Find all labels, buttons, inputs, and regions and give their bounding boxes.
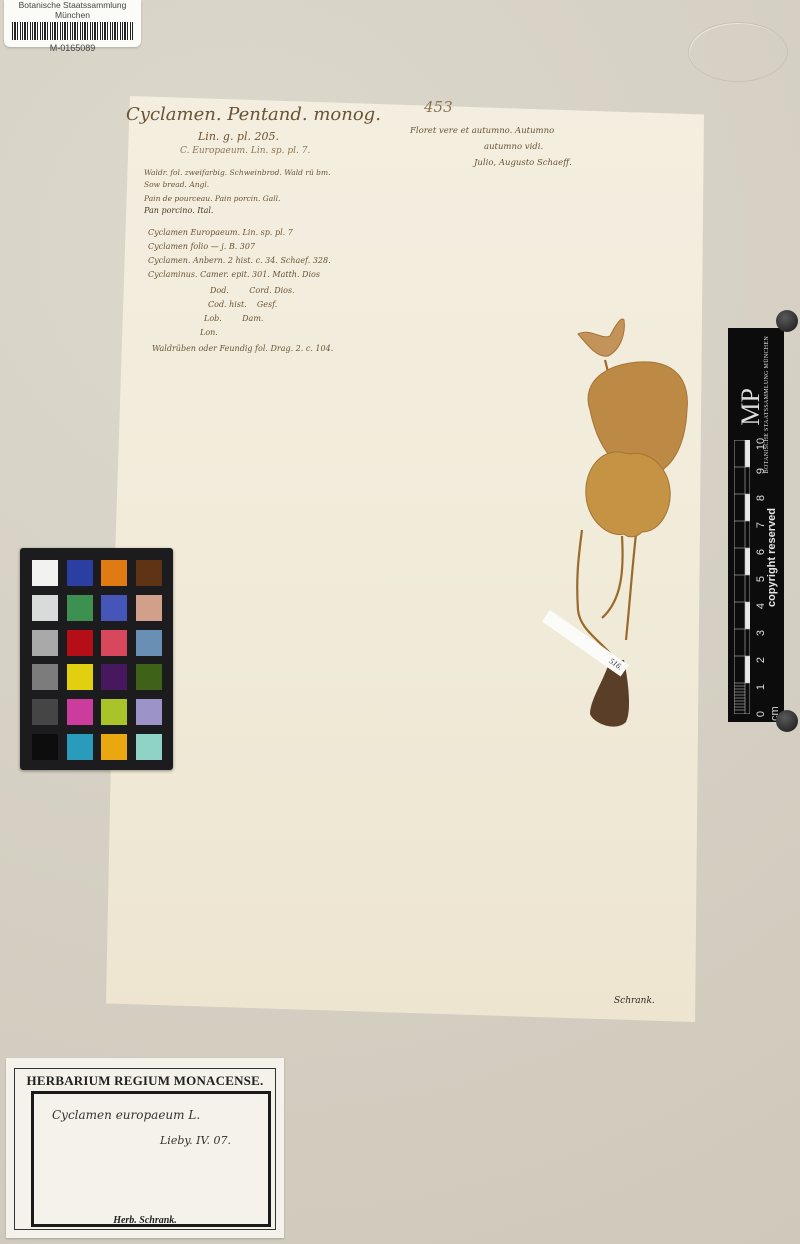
sheet-number: 453 [424, 98, 453, 116]
color-swatch [67, 664, 93, 690]
label-title: HERBARIUM REGIUM MONACENSE. [15, 1073, 275, 1089]
ruler-icon [734, 440, 750, 714]
annotation-line: Lob. Dam. [204, 314, 263, 323]
herbarium-label: HERBARIUM REGIUM MONACENSE. Cyclamen eur… [6, 1058, 284, 1238]
scale-tick-label: 1 [755, 680, 767, 694]
color-swatch [67, 630, 93, 656]
collector-signature: Schrank. [614, 996, 655, 1006]
color-calibration-chart [20, 548, 173, 770]
annotation-line: Cyclaminus. Camer. epit. 301. Matth. Dio… [148, 270, 320, 279]
color-swatch [32, 699, 58, 725]
color-swatch [136, 664, 162, 690]
annotation-line: Cod. hist. Gesf. [208, 300, 277, 309]
scale-bar: BOTANISCHE STAATSSAMMLUNG MÜNCHEN MP [728, 328, 784, 722]
copyright-notice: copyright reserved [766, 508, 778, 607]
annotation-line: Lin. g. pl. 205. [198, 130, 279, 143]
annotation-right: Floret vere et autumno. Autumno [410, 126, 554, 136]
mounting-board: Botanische Staatssammlung München M-0165… [0, 0, 800, 1244]
label-species: Cyclamen europaeum L. [52, 1108, 200, 1122]
scale-tick-label: 10 [755, 437, 767, 451]
annotation-right: autumno vidi. [484, 142, 543, 152]
scale-tick-label: 3 [755, 626, 767, 640]
color-swatch [136, 595, 162, 621]
color-swatch [136, 630, 162, 656]
color-swatch [136, 560, 162, 586]
scale-tick-label: 0 [755, 707, 767, 721]
annotation-right: Julio, Augusto Schaeff. [474, 158, 572, 168]
label-inner-frame: Cyclamen europaeum L. Lieby. IV. 07. [31, 1091, 271, 1227]
annotation-line: Lon. [200, 328, 218, 337]
annotation-line: Cyclamen. Anbern. 2 hist. c. 34. Schaef.… [148, 256, 331, 265]
annotation-line: Dod. Cord. Dios. [210, 286, 295, 295]
color-swatch [136, 734, 162, 760]
pin-icon [776, 310, 798, 332]
annotation-genus: Cyclamen. Pentand. monog. [126, 104, 381, 125]
color-swatch [67, 595, 93, 621]
annotation-line: Cyclamen folio — j. B. 307 [148, 242, 255, 251]
color-swatch [101, 664, 127, 690]
annotation-line: Sow bread. Angl. [144, 180, 209, 189]
scale-tick-label: 9 [755, 464, 767, 478]
color-swatch [32, 664, 58, 690]
barcode-institution: Botanische Staatssammlung München [4, 0, 141, 20]
color-swatch [32, 734, 58, 760]
scale-tick-label: 2 [755, 653, 767, 667]
color-swatch [136, 699, 162, 725]
annotation-line: Waldr. fol. zweifarbig. Schweinbrod. Wal… [144, 168, 330, 177]
color-swatch [101, 699, 127, 725]
label-determiner: Lieby. IV. 07. [160, 1134, 231, 1147]
annotation-line: Waldrüben oder Feundig fol. Drag. 2. c. … [152, 344, 333, 353]
institution-logo-icon: MP [736, 388, 766, 426]
scale-institution-line: MÜNCHEN [764, 336, 770, 368]
label-footer: Herb. Schrank. [15, 1215, 275, 1226]
embossed-stamp [688, 22, 788, 82]
barcode-icon [12, 22, 133, 40]
barcode-label: Botanische Staatssammlung München M-0165… [4, 0, 141, 47]
annotation-line: Pain de pourceau. Pain porcin. Gall. [144, 194, 280, 203]
annotation-line: Cyclamen Europaeum. Lin. sp. pl. 7 [148, 228, 293, 237]
color-swatch [67, 560, 93, 586]
annotation-line: Pan porcino. Ital. [144, 206, 213, 215]
color-swatch [101, 595, 127, 621]
scale-tick-label: 8 [755, 491, 767, 505]
color-swatch [32, 595, 58, 621]
color-swatch [67, 699, 93, 725]
color-swatch [32, 560, 58, 586]
specimen-id: M-0165089 [4, 43, 141, 53]
color-swatch [101, 560, 127, 586]
annotation-line: C. Europaeum. Lin. sp. pl. 7. [180, 146, 310, 156]
label-frame: HERBARIUM REGIUM MONACENSE. Cyclamen eur… [14, 1068, 276, 1230]
pin-icon [776, 710, 798, 732]
plant-specimen-icon [560, 300, 700, 740]
color-swatch [32, 630, 58, 656]
color-swatch [67, 734, 93, 760]
color-swatch [101, 734, 127, 760]
color-swatch [101, 630, 127, 656]
